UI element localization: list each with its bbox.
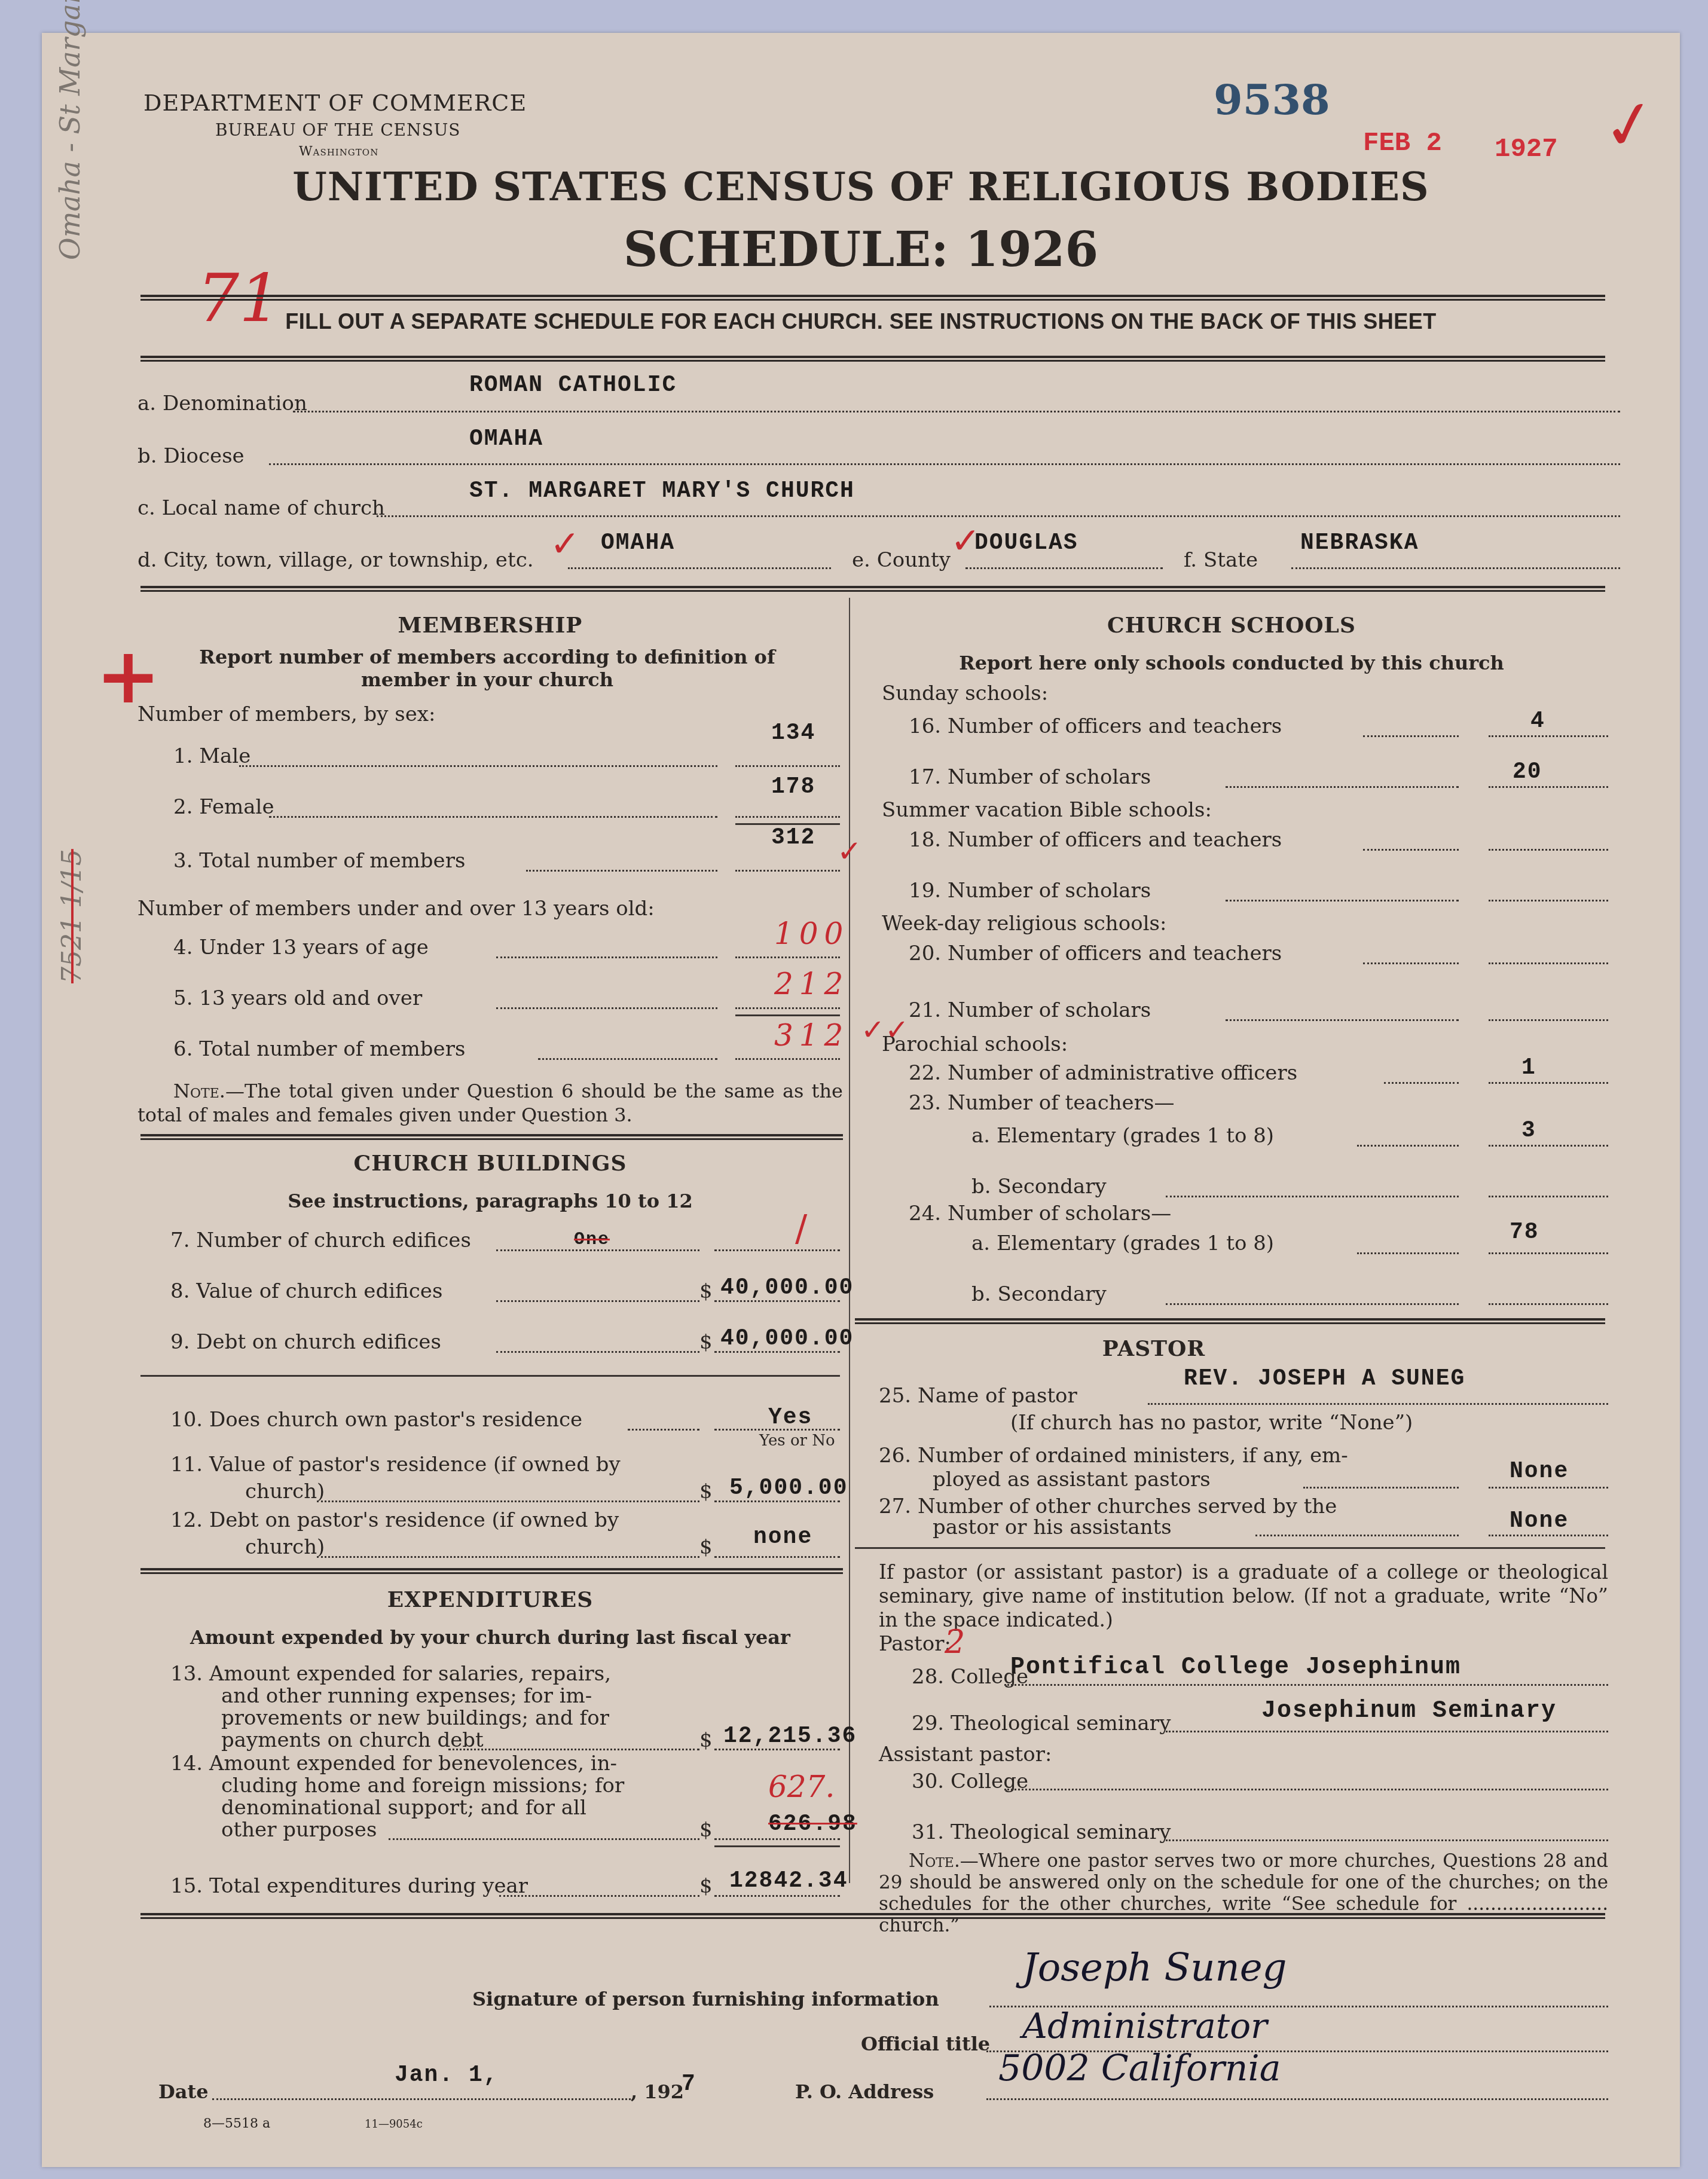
q3-total-label: 3. Total number of members — [173, 849, 465, 873]
q22-field[interactable]: 1 — [1521, 1055, 1536, 1081]
sunday-schools-label: Sunday schools: — [882, 681, 1048, 705]
q14-label-3: denominational support; and for all — [221, 1796, 586, 1820]
q15-total-label: 15. Total expenditures during year — [170, 1874, 528, 1898]
schools-heading: CHURCH SCHOOLS — [855, 613, 1608, 638]
state-label: f. State — [1184, 548, 1258, 572]
census-schedule-sheet: Omaha - St Margaret Mary 7521 1/15 + 71 … — [42, 33, 1680, 2167]
margin-pencil-number: 7521 1/15 — [57, 849, 87, 983]
q9-debt-field[interactable]: 40,000.00 — [720, 1326, 854, 1352]
q4-under13-label: 4. Under 13 years of age — [173, 936, 429, 959]
q28-college-field[interactable]: Pontifical College Josephinum — [1010, 1654, 1461, 1681]
membership-subtitle: Report number of members according to de… — [173, 646, 801, 691]
q11-value-label-2: church) — [245, 1480, 325, 1503]
q10-residence-label: 10. Does church own pastor's residence — [170, 1408, 582, 1432]
check-mark-county: ✓ — [951, 520, 980, 562]
identification-rule — [140, 586, 1605, 592]
expenditures-subtitle: Amount expended by your church during la… — [138, 1626, 843, 1649]
q14-benevolences-field[interactable]: 626.98 — [768, 1811, 857, 1837]
bureau-name: BUREAU OF THE CENSUS — [215, 120, 460, 140]
header-rule-bottom — [140, 356, 1605, 362]
q16-field[interactable]: 4 — [1530, 708, 1545, 734]
q12-debt-label-1: 12. Debt on pastor's residence (if owned… — [170, 1508, 619, 1532]
q29-label: 29. Theological seminary — [912, 1712, 1171, 1735]
currency-symbol: $ — [699, 1480, 713, 1503]
official-title-label: Official title — [861, 2033, 990, 2055]
membership-rule — [140, 1134, 843, 1140]
q7-edifices-label: 7. Number of church edifices — [170, 1228, 471, 1252]
currency-symbol: $ — [699, 1330, 713, 1354]
department-name: DEPARTMENT OF COMMERCE — [143, 90, 527, 116]
q20-label: 20. Number of officers and teachers — [909, 942, 1282, 965]
q23a-label: a. Elementary (grades 1 to 8) — [971, 1124, 1274, 1148]
check-mark-q3: ✓ — [837, 834, 862, 869]
expenditures-heading: EXPENDITURES — [138, 1587, 843, 1612]
summer-schools-label: Summer vacation Bible schools: — [882, 798, 1212, 822]
signature-label: Signature of person furnishing informati… — [472, 1988, 939, 2010]
q13-expenses-field[interactable]: 12,215.36 — [723, 1723, 857, 1749]
q24a-label: a. Elementary (grades 1 to 8) — [971, 1231, 1274, 1255]
county-label: e. County — [852, 548, 951, 572]
q25-pastor-name-field[interactable]: REV. JOSEPH A SUNEG — [1184, 1366, 1465, 1392]
q23-label: 23. Number of teachers— — [909, 1091, 1174, 1115]
currency-symbol: $ — [699, 1279, 713, 1303]
q11-value-field[interactable]: 5,000.00 — [729, 1475, 848, 1501]
schools-rule — [855, 1318, 1605, 1324]
header-rule-top — [140, 295, 1605, 301]
q27-label-2: pastor or his assistants — [933, 1515, 1172, 1539]
city-field[interactable]: OMAHA — [601, 530, 675, 556]
check-mark-parochial: ✓✓ — [861, 1013, 909, 1047]
q24-label: 24. Number of scholars— — [909, 1202, 1171, 1226]
q26-label-2: ployed as assistant pastors — [933, 1468, 1211, 1492]
body-bottom-rule — [140, 1913, 1605, 1919]
diocese-label: b. Diocese — [138, 444, 245, 468]
po-address-label: P. O. Address — [795, 2080, 934, 2103]
q13-label-1: 13. Amount expended for salaries, repair… — [170, 1662, 611, 1686]
q29-seminary-field[interactable]: Josephinum Seminary — [1261, 1698, 1557, 1725]
q13-label-4: payments on church debt — [221, 1728, 484, 1752]
currency-symbol: $ — [699, 1535, 713, 1559]
q31-label: 31. Theological seminary — [912, 1820, 1171, 1844]
q27-label-1: 27. Number of other churches served by t… — [879, 1495, 1337, 1518]
q1-male-field[interactable]: 134 — [771, 720, 815, 746]
pastor-sub-label: Pastor: — [879, 1632, 951, 1656]
q6-total-label: 6. Total number of members — [173, 1037, 465, 1061]
q24b-label: b. Secondary — [971, 1282, 1107, 1306]
date-label: Date — [158, 2080, 209, 2103]
q14-label-1: 14. Amount expended for benevolences, in… — [170, 1752, 617, 1775]
red-check-mark: ✓ — [1596, 82, 1664, 167]
q5-over13-field[interactable]: 212 — [774, 967, 849, 1001]
q8-value-field[interactable]: 40,000.00 — [720, 1275, 854, 1301]
pastor-note: Note.—Where one pastor serves two or mor… — [879, 1850, 1608, 1936]
po-address-field[interactable]: 5002 California — [998, 2047, 1281, 2089]
q19-label: 19. Number of scholars — [909, 879, 1151, 903]
q5-over13-label: 5. 13 years old and over — [173, 986, 422, 1010]
q24a-field[interactable]: 78 — [1510, 1220, 1539, 1245]
state-field[interactable]: NEBRASKA — [1300, 530, 1419, 556]
buildings-subtitle: See instructions, paragraphs 10 to 12 — [138, 1190, 843, 1212]
pastor-red-mark: 2 — [945, 1623, 965, 1661]
year-prefix: , 192 — [631, 2080, 684, 2103]
q9-debt-label: 9. Debt on church edifices — [170, 1330, 441, 1354]
county-field[interactable]: DOUGLAS — [974, 530, 1078, 556]
year-field[interactable]: 7 — [682, 2071, 696, 2097]
received-date-stamp: FEB 2 — [1363, 129, 1442, 158]
q11-value-label-1: 11. Value of pastor's residence (if owne… — [170, 1453, 621, 1477]
q26-assistant-pastors-field[interactable]: None — [1510, 1459, 1569, 1484]
graduate-instructions: If pastor (or assistant pastor) is a gra… — [879, 1560, 1608, 1632]
q18-label: 18. Number of officers and teachers — [909, 828, 1282, 852]
q13-label-2: and other running expenses; for im- — [221, 1684, 592, 1708]
q16-label: 16. Number of officers and teachers — [909, 714, 1282, 738]
q3-total-field[interactable]: 312 — [771, 825, 815, 851]
q7-edifices-struck-value: One — [574, 1230, 610, 1250]
date-field[interactable]: Jan. 1, — [395, 2062, 499, 2088]
form-code-2: 11—9054c — [365, 2118, 423, 2131]
buildings-heading: CHURCH BUILDINGS — [138, 1151, 843, 1176]
q26-label-1: 26. Number of ordained ministers, if any… — [879, 1444, 1348, 1468]
local-name-label: c. Local name of church — [138, 496, 385, 520]
q13-label-3: provements or new buildings; and for — [221, 1706, 609, 1730]
received-year-stamp: 1927 — [1495, 135, 1558, 164]
q17-label: 17. Number of scholars — [909, 765, 1151, 789]
form-code-1: 8—5518 a — [203, 2116, 270, 2131]
currency-symbol: $ — [699, 1874, 713, 1898]
signature-field[interactable]: Joseph Suneg — [1022, 1946, 1287, 1990]
q25-label: 25. Name of pastor — [879, 1384, 1077, 1408]
q4-under13-field[interactable]: 100 — [774, 916, 849, 951]
denomination-field[interactable]: ROMAN CATHOLIC — [469, 372, 677, 398]
file-number-stamp: 9538 — [1214, 75, 1330, 124]
q15-total-field[interactable]: 12842.34 — [729, 1868, 848, 1894]
form-title: UNITED STATES CENSUS OF RELIGIOUS BODIES — [42, 163, 1680, 210]
q27-other-churches-field[interactable]: None — [1510, 1508, 1569, 1534]
q22-label: 22. Number of administrative officers — [909, 1061, 1297, 1085]
city-label: d. City, town, village, or township, etc… — [138, 548, 534, 572]
q10-residence-field[interactable]: Yes — [768, 1405, 812, 1431]
currency-symbol: $ — [699, 1818, 713, 1842]
q2-female-field[interactable]: 178 — [771, 774, 815, 800]
q2-female-label: 2. Female — [173, 795, 274, 819]
q17-field[interactable]: 20 — [1513, 759, 1542, 785]
q8-value-label: 8. Value of church edifices — [170, 1279, 442, 1303]
schools-subtitle: Report here only schools conducted by th… — [855, 652, 1608, 674]
parochial-schools-label: Parochial schools: — [882, 1032, 1068, 1056]
members-by-age-label: Number of members under and over 13 year… — [138, 897, 655, 921]
pastor-heading: PASTOR — [855, 1336, 1453, 1361]
q23b-label: b. Secondary — [971, 1175, 1107, 1199]
fill-instructions: FILL OUT A SEPARATE SCHEDULE FOR EACH CH… — [42, 309, 1680, 334]
assistant-pastor-label: Assistant pastor: — [879, 1743, 1052, 1767]
official-title-field[interactable]: Administrator — [1022, 2006, 1267, 2046]
membership-heading: MEMBERSHIP — [138, 613, 843, 638]
q25-hint: (If church has no pastor, write “None”) — [1010, 1411, 1413, 1435]
bureau-city: Washington — [299, 144, 378, 159]
currency-symbol: $ — [699, 1728, 713, 1752]
buildings-rule-bottom — [140, 1568, 843, 1574]
q14-label-4: other purposes — [221, 1818, 377, 1842]
q14-label-2: cluding home and foreign missions; for — [221, 1774, 624, 1798]
members-by-sex-label: Number of members, by sex: — [138, 702, 435, 726]
schedule-year: SCHEDULE: 1926 — [42, 221, 1680, 277]
weekday-schools-label: Week-day religious schools: — [882, 912, 1166, 936]
column-divider — [849, 598, 850, 1883]
check-mark-city: ✓ — [550, 523, 580, 565]
diocese-field[interactable]: OMAHA — [469, 426, 543, 452]
local-name-field[interactable]: ST. MARGARET MARY'S CHURCH — [469, 478, 855, 504]
buildings-rule — [140, 1375, 840, 1377]
q7-edifices-field[interactable]: / — [795, 1208, 807, 1249]
q23a-field[interactable]: 3 — [1521, 1118, 1536, 1144]
q21-label: 21. Number of scholars — [909, 998, 1151, 1022]
q6-total-field[interactable]: 312 — [774, 1018, 849, 1053]
q10-hint: Yes or No — [759, 1432, 835, 1450]
membership-note: Note.—The total given under Question 6 s… — [138, 1079, 843, 1127]
pastor-rule — [855, 1547, 1605, 1549]
denomination-label: a. Denomination — [138, 392, 307, 415]
q12-debt-field[interactable]: none — [753, 1524, 812, 1550]
q12-debt-label-2: church) — [245, 1535, 325, 1559]
q14-correction: 627. — [768, 1770, 835, 1804]
q1-male-label: 1. Male — [173, 744, 250, 768]
